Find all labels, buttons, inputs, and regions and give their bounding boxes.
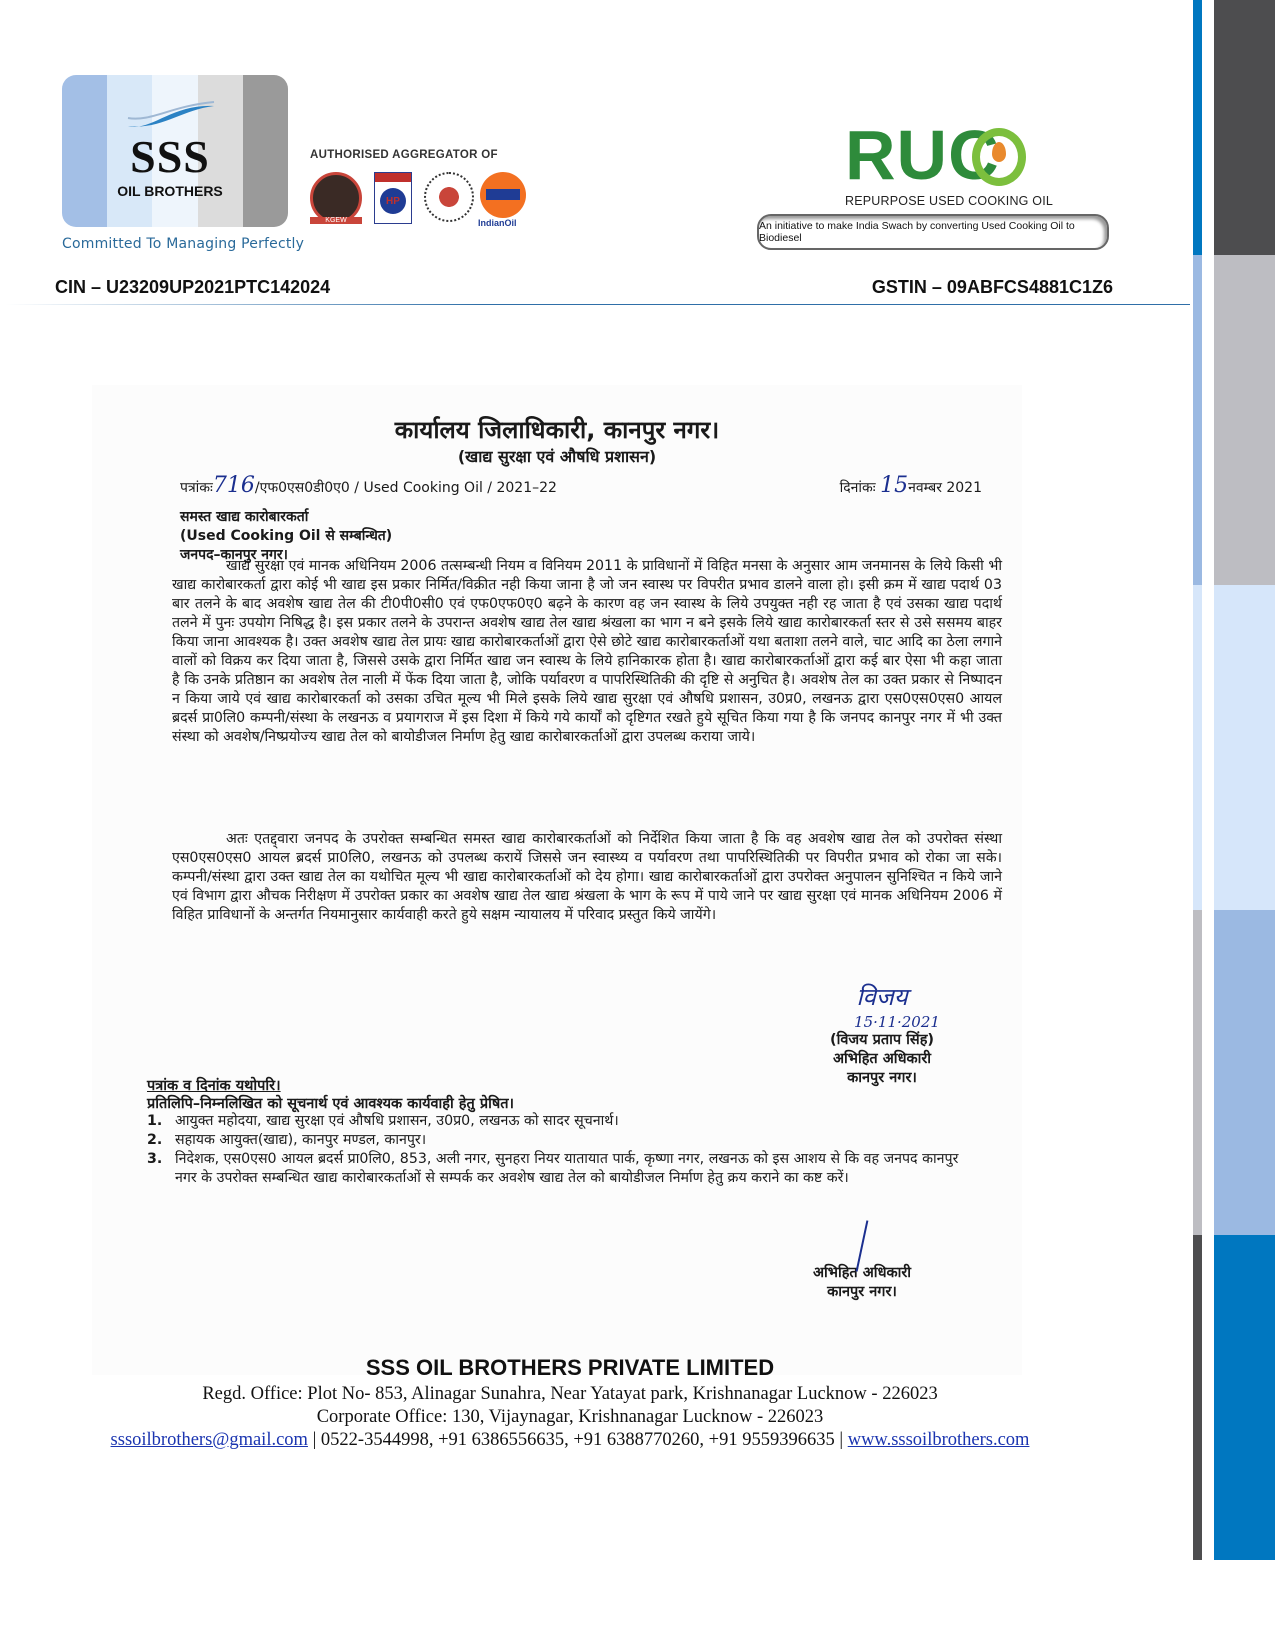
phone-numbers: | 0522-3544998, +91 6386556635, +91 6388… [308, 1430, 848, 1450]
footer-regd-office: Regd. Office: Plot No- 853, Alinagar Sun… [0, 1384, 1140, 1405]
kgew-logo-icon: KGEW [310, 172, 362, 224]
cc-heading: पत्रांक व दिनांक यथोपरि। [147, 1075, 281, 1095]
stripe-segment [1214, 585, 1275, 910]
aggregator-title: AUTHORISED AGGREGATOR OF [310, 149, 498, 161]
scanned-letter: कार्यालय जिलाधिकारी, कानपुर नगर। (खाद्य … [92, 385, 1022, 1375]
website-link[interactable]: www.sssoilbrothers.com [848, 1430, 1030, 1450]
indianoil-logo-icon [480, 172, 526, 218]
company-tagline: Committed To Managing Perfectly [62, 236, 304, 252]
office-title: कार्यालय जिलाधिकारी, कानपुर नगर। [92, 413, 1022, 446]
stripe-segment [1214, 255, 1275, 585]
office-subtitle: (खाद्य सुरक्षा एवं औषधि प्रशासन) [92, 445, 1022, 467]
email-link[interactable]: sssoilbrothers@gmail.com [111, 1430, 308, 1450]
cin-number: CIN – U23209UP2021PTC142024 [55, 277, 330, 298]
stripe-segment [1214, 910, 1275, 1235]
stripe-segment [1193, 585, 1202, 910]
footer-corporate-office: Corporate Office: 130, Vijaynagar, Krish… [0, 1407, 1140, 1428]
list-item: 1.आयुक्त महोदया, खाद्य सुरक्षा एवं औषधि … [147, 1112, 977, 1131]
cc-intro: प्रतिलिपि–निम्नलिखित को सूचनार्थ एवं आवश… [147, 1093, 514, 1113]
header-divider [6, 304, 1190, 305]
footer-contact: sssoilbrothers@gmail.com | 0522-3544998,… [0, 1430, 1140, 1451]
signature-block: विजय 15·11·2021 (विजय प्रताप सिंह) अभिहि… [812, 980, 952, 1088]
emblem-logo-icon [424, 172, 474, 222]
indianoil-label: IndianOil [478, 218, 517, 228]
stripe-segment [1193, 255, 1202, 585]
wave-icon [126, 100, 216, 132]
paragraph-2: अतः एतद्द्वारा जनपद के उपरोक्त सम्बन्धित… [172, 830, 1002, 925]
list-item: 3.निदेशक, एस0एस0 आयल ब्रदर्स प्रा0लि0, 8… [147, 1150, 977, 1188]
reference-line: पत्रांकः716/एफ0एस0डी0ए0 / Used Cooking O… [180, 473, 557, 498]
signature-block-2: अभिहित अधिकारी कानपुर नगर। [782, 1220, 942, 1302]
logo-name: SSS [62, 134, 278, 180]
ref-number: 716 [213, 473, 255, 498]
signature: विजय [812, 980, 952, 1013]
signature-date: 15·11·2021 [842, 1013, 952, 1031]
hp-logo-icon: HP [374, 172, 412, 224]
paragraph-1: खाद्य सुरक्षा एवं मानक अधिनियम 2006 तत्स… [172, 557, 1002, 747]
stripe-segment [1193, 0, 1202, 255]
gstin-number: GSTIN – 09ABFCS4881C1Z6 [872, 277, 1113, 298]
logo-subname: OIL BROTHERS [62, 183, 278, 199]
stripe-segment [1214, 1235, 1275, 1560]
stripe-segment [1193, 910, 1202, 1235]
footer-company-name: SSS OIL BROTHERS PRIVATE LIMITED [0, 1355, 1140, 1381]
stripe-segment [1214, 0, 1275, 255]
oil-drop-icon [992, 142, 1006, 162]
ruco-initiative: An initiative to make India Swach by con… [757, 214, 1109, 250]
cc-list: 1.आयुक्त महोदया, खाद्य सुरक्षा एवं औषधि … [147, 1112, 977, 1188]
letter-date: दिनांकः 15नवम्बर 2021 [840, 473, 982, 498]
stripe-segment [1193, 1235, 1202, 1560]
ruco-subtitle: REPURPOSE USED COOKING OIL [845, 194, 1053, 208]
list-item: 2.सहायक आयुक्त(खाद्य), कानपुर मण्डल, कान… [147, 1131, 977, 1150]
